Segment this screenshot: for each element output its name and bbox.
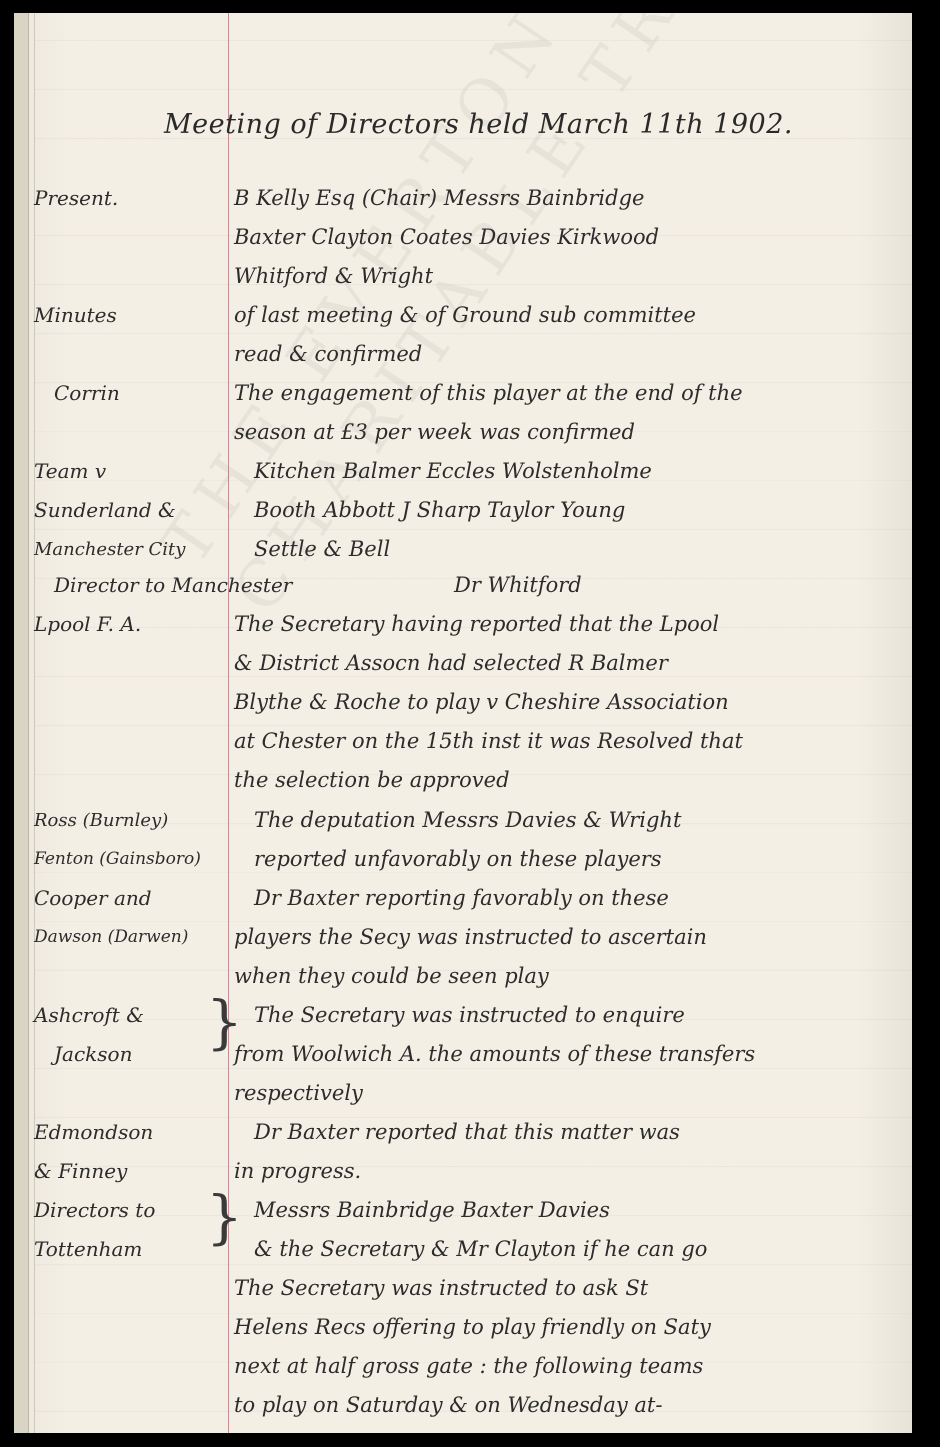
- entry-text-line: The engagement of this player at the end…: [234, 374, 912, 413]
- entry-label-fenton: Fenton (Gainsboro): [34, 840, 234, 879]
- minute-book-page: The Everton Collection Charitable Trust …: [14, 13, 912, 1433]
- entry-text-line: Dr Baxter reporting favorably on these: [254, 879, 912, 918]
- entry-text-line: at Chester on the 15th inst it was Resol…: [234, 722, 912, 761]
- entry-text-line: Settle & Bell: [254, 530, 912, 569]
- entry-text-line: Blythe & Roche to play v Cheshire Associ…: [234, 683, 912, 722]
- entry-text-line: Kitchen Balmer Eccles Wolstenholme: [254, 452, 912, 491]
- entry-text-line: The deputation Messrs Davies & Wright: [254, 801, 912, 840]
- entry-text-line: Dr Whitford: [454, 566, 912, 605]
- entry-text-line: The Secretary having reported that the L…: [234, 605, 912, 644]
- entry-text-line: The Secretary was instructed to enquire: [254, 996, 912, 1035]
- entry-label-cooper: Cooper and: [34, 879, 234, 918]
- entry-label-team: Sunderland &: [34, 491, 234, 530]
- entry-label-minutes: Minutes: [34, 296, 234, 335]
- entry-text-line: of last meeting & of Ground sub committe…: [234, 296, 912, 335]
- entry-text-line: when they could be seen play: [234, 957, 912, 996]
- entry-text-line: Baxter Clayton Coates Davies Kirkwood: [234, 218, 912, 257]
- entry-label-finney: & Finney: [34, 1152, 234, 1191]
- entry-label-corrin: Corrin: [54, 374, 254, 413]
- entry-text-line: players the Secy was instructed to ascer…: [234, 918, 912, 957]
- entry-label-present: Present.: [34, 179, 234, 218]
- entry-text-line: reported unfavorably on these players: [254, 840, 912, 879]
- entry-text-line: Messrs Bainbridge Baxter Davies: [254, 1191, 912, 1230]
- entry-text-line: the selection be approved: [234, 761, 912, 800]
- entry-text-line: & the Secretary & Mr Clayton if he can g…: [254, 1230, 912, 1269]
- entry-text-line: to play on Saturday & on Wednesday at-: [234, 1386, 912, 1425]
- entry-label-edmondson: Edmondson: [34, 1113, 234, 1152]
- entry-text-line: read & confirmed: [234, 335, 912, 374]
- entry-text-line: The Secretary was instructed to ask St: [234, 1269, 912, 1308]
- entry-text-line: Dr Baxter reported that this matter was: [254, 1113, 912, 1152]
- entry-label-ashcroft: Ashcroft &: [34, 996, 234, 1035]
- entry-label-directors-to: Directors to: [34, 1191, 234, 1230]
- entry-text-line: season at £3 per week was confirmed: [234, 413, 912, 452]
- entry-label-ross: Ross (Burnley): [34, 801, 234, 840]
- entry-label-team: Team v: [34, 452, 234, 491]
- entry-text-line: respectively: [234, 1074, 912, 1113]
- entry-text-line: Whitford & Wright: [234, 257, 912, 296]
- brace-symbol: }: [206, 1188, 243, 1246]
- entry-text-line: from Woolwich A. the amounts of these tr…: [234, 1035, 912, 1074]
- binding-gutter: [14, 13, 29, 1433]
- entry-text-line: next at half gross gate : the following …: [234, 1347, 912, 1386]
- page-title: Meeting of Directors held March 11th 190…: [164, 109, 793, 140]
- entry-text-line: in progress.: [234, 1152, 912, 1191]
- entry-text-line: Booth Abbott J Sharp Taylor Young: [254, 491, 912, 530]
- entry-text-line: Helens Recs offering to play friendly on…: [234, 1308, 912, 1347]
- entry-label-team: Manchester City: [34, 530, 234, 569]
- entry-label-director-to-manchester: Director to Manchester: [54, 566, 292, 605]
- entry-label-dawson: Dawson (Darwen): [34, 918, 234, 957]
- entry-text-line: B Kelly Esq (Chair) Messrs Bainbridge: [234, 179, 912, 218]
- entry-text-line: & District Assocn had selected R Balmer: [234, 644, 912, 683]
- entry-label-tottenham: Tottenham: [34, 1230, 234, 1269]
- entry-label-lpool-fa: Lpool F. A.: [34, 605, 234, 644]
